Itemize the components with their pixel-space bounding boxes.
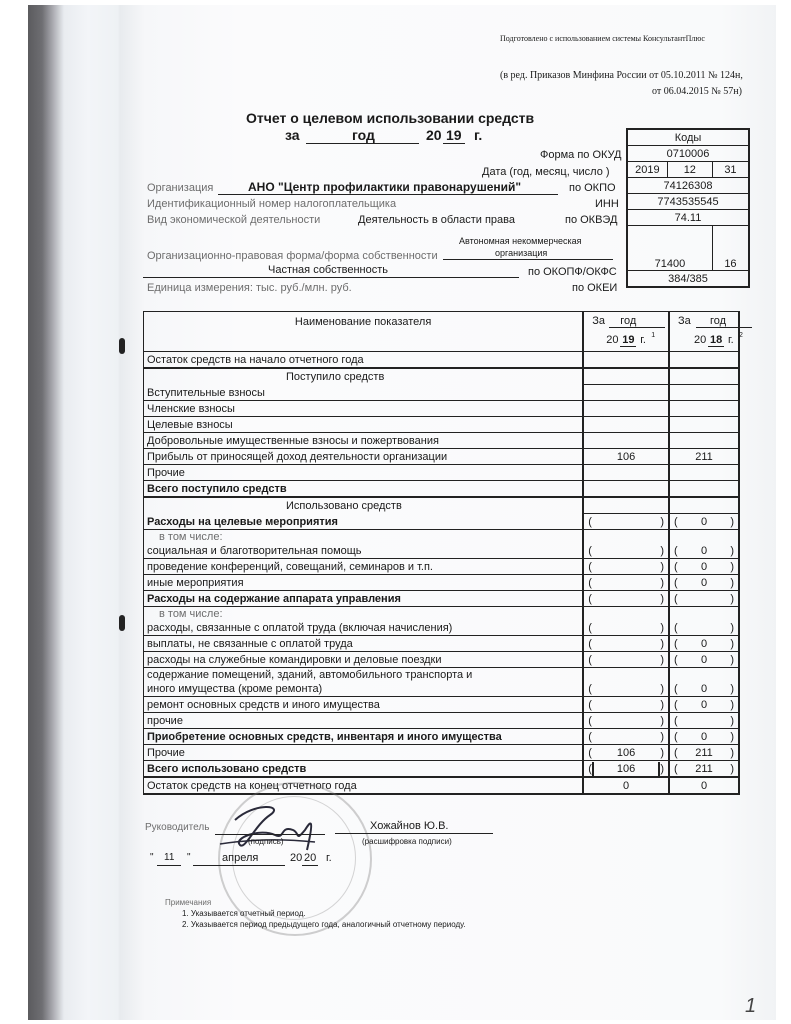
table-row: Членские взносы — [144, 401, 740, 417]
date-open-quote: " — [150, 852, 154, 863]
table-row: Поступило средств — [144, 368, 740, 385]
ownership-value: Частная собственность — [268, 264, 388, 276]
table-row: проведение конференций, совещаний, семин… — [144, 559, 740, 575]
prepared-note: Подготовлено с использованием системы Ко… — [500, 34, 705, 43]
previous-year-value — [669, 417, 739, 433]
row-label: иные мероприятия — [144, 575, 584, 591]
activity-value: Деятельность в области права — [358, 214, 515, 226]
code-date-year: 2019 — [627, 162, 667, 178]
title-year: 19 — [446, 127, 462, 143]
code-okfs: 16 — [712, 226, 749, 271]
sign-year: 20 — [304, 852, 316, 864]
current-year-value: () — [583, 591, 669, 607]
signature-scribble — [215, 800, 325, 860]
legal-form-value-1: Автономная некоммерческая — [459, 236, 582, 246]
period-underline — [306, 143, 419, 144]
current-year-value: () — [583, 652, 669, 668]
previous-year-value: () — [669, 607, 739, 636]
table-row: Вступительные взносы — [144, 385, 740, 401]
table-row: Приобретение основных средств, инвентаря… — [144, 729, 740, 745]
row-label: Прибыль от приносящей доход деятельности… — [144, 449, 584, 465]
current-year-value — [583, 352, 669, 369]
row-label: Поступило средств — [144, 368, 584, 385]
previous-year-value — [669, 465, 739, 481]
previous-year-value: ()0 — [669, 575, 739, 591]
row-label: содержание помещений, зданий, автомобиль… — [144, 668, 584, 697]
okved-label: по ОКВЭД — [565, 214, 617, 226]
code-date-month: 12 — [667, 162, 712, 178]
previous-year-value: ()211 — [669, 761, 739, 778]
previous-year-value — [669, 481, 739, 498]
inn-label-left: Идентификационный номер налогоплательщик… — [147, 198, 396, 210]
table-header-row: Наименование показателя За год 20 19 г. … — [144, 312, 740, 352]
previous-year-value: () — [669, 591, 739, 607]
previous-year-value: ()211 — [669, 745, 739, 761]
col-current-header: За год 20 19 г. 1 — [583, 312, 669, 352]
row-label: ремонт основных средств и иного имуществ… — [144, 697, 584, 713]
edition-line-2: от 06.04.2015 № 57н) — [652, 86, 742, 97]
previous-year-value: () — [669, 713, 739, 729]
current-year-value — [583, 368, 669, 385]
previous-year-value — [669, 401, 739, 417]
table-row: прочие()() — [144, 713, 740, 729]
current-year-value: () — [583, 729, 669, 745]
previous-year-value — [669, 352, 739, 369]
table-row: Прочие — [144, 465, 740, 481]
row-label: прочие — [144, 713, 584, 729]
row-label: Вступительные взносы — [144, 385, 584, 401]
date-close-quote: " — [187, 852, 191, 863]
code-date-day: 31 — [712, 162, 749, 178]
current-year-value: () — [583, 668, 669, 697]
note-1: 1. Указывается отчетный период. — [182, 909, 306, 918]
current-year-value: ()106 — [583, 761, 669, 778]
legal-form-label: Организационно-правовая форма/форма собс… — [147, 250, 438, 262]
current-year-value: () — [583, 575, 669, 591]
row-label: Членские взносы — [144, 401, 584, 417]
table-row: Целевые взносы — [144, 417, 740, 433]
col-previous-header: За год 20 18 г. 2 — [669, 312, 739, 352]
binding-hole — [119, 615, 125, 631]
sign-day-line — [157, 865, 181, 866]
code-okei: 384/385 — [627, 271, 749, 288]
table-row: Остаток средств на конец отчетного года0… — [144, 777, 740, 794]
row-label: Прочие — [144, 745, 584, 761]
row-label: Расходы на содержание аппарата управлени… — [144, 591, 584, 607]
table-row: иные мероприятия()()0 — [144, 575, 740, 591]
current-year-value: () — [583, 697, 669, 713]
signer-name-line — [335, 833, 493, 834]
current-year-value: 106 — [583, 449, 669, 465]
current-year-value: () — [583, 713, 669, 729]
inn-label: ИНН — [595, 198, 619, 210]
previous-year-value — [669, 497, 739, 514]
activity-label: Вид экономической деятельности — [147, 214, 320, 226]
current-year-value — [583, 385, 669, 401]
table-row: Использовано средств — [144, 497, 740, 514]
current-year-value: ()106 — [583, 745, 669, 761]
okud-label: Форма по ОКУД — [540, 149, 622, 161]
table-row: ремонт основных средств и иного имуществ… — [144, 697, 740, 713]
row-label: расходы на служебные командировки и дело… — [144, 652, 584, 668]
previous-year-value: ()0 — [669, 668, 739, 697]
current-year-value: () — [583, 607, 669, 636]
row-label: Всего использовано средств — [144, 761, 584, 778]
note-2: 2. Указывается период предыдущего года, … — [182, 920, 466, 929]
title-za: за — [285, 127, 300, 143]
title-year-prefix: 20 — [426, 127, 442, 143]
previous-year-value: ()0 — [669, 697, 739, 713]
row-label: Расходы на целевые мероприятия — [144, 514, 584, 530]
book-binding — [28, 5, 124, 1020]
table-row: содержание помещений, зданий, автомобиль… — [144, 668, 740, 697]
previous-year-value: ()0 — [669, 729, 739, 745]
code-okud: 0710006 — [627, 146, 749, 162]
row-label: Приобретение основных средств, инвентаря… — [144, 729, 584, 745]
row-label: Целевые взносы — [144, 417, 584, 433]
okpo-label: по ОКПО — [569, 182, 616, 194]
sign-year-prefix: 20 — [290, 852, 302, 864]
table-row: Всего использовано средств()106()211 — [144, 761, 740, 778]
code-okpo: 74126308 — [627, 178, 749, 194]
signer-name-caption: (расшифровка подписи) — [362, 837, 452, 846]
signature-caption: (подпись) — [248, 837, 284, 846]
previous-year-value: ()0 — [669, 530, 739, 559]
current-year-value — [583, 497, 669, 514]
ownership-underline — [143, 277, 519, 278]
col-name-header: Наименование показателя — [144, 312, 584, 352]
previous-year-value — [669, 368, 739, 385]
current-year-value: () — [583, 559, 669, 575]
row-label: Использовано средств — [144, 497, 584, 514]
previous-year-value: ()0 — [669, 559, 739, 575]
row-label: проведение конференций, совещаний, семин… — [144, 559, 584, 575]
org-underline — [218, 194, 558, 195]
previous-year-value: ()0 — [669, 652, 739, 668]
notes-title: Примечания — [165, 898, 211, 907]
table-row: Всего поступило средств — [144, 481, 740, 498]
code-inn: 7743535545 — [627, 194, 749, 210]
previous-year-value: 0 — [669, 777, 739, 794]
sign-g: г. — [326, 852, 332, 864]
title-g: г. — [474, 127, 482, 143]
table-row: Прочие()106()211 — [144, 745, 740, 761]
current-year-value — [583, 481, 669, 498]
previous-year-value — [669, 385, 739, 401]
current-year-value — [583, 465, 669, 481]
edition-line-1: (в ред. Приказов Минфина России от 05.10… — [500, 70, 743, 81]
row-label: выплаты, не связанные с оплатой труда — [144, 636, 584, 652]
table-row: Расходы на целевые мероприятия()()0 — [144, 514, 740, 530]
table-row: в том числе:расходы, связанные с оплатой… — [144, 607, 740, 636]
code-okopf: 71400 — [627, 226, 712, 271]
funds-usage-table: Наименование показателя За год 20 19 г. … — [143, 311, 740, 795]
page-number-mark: 1 — [745, 995, 756, 1018]
current-year-value: () — [583, 514, 669, 530]
sign-day: 11 — [164, 852, 174, 863]
table-row: Расходы на содержание аппарата управлени… — [144, 591, 740, 607]
row-label: Прочие — [144, 465, 584, 481]
okei-label: по ОКЕИ — [572, 282, 617, 294]
table-row: в том числе:социальная и благотворительн… — [144, 530, 740, 559]
current-year-value — [583, 401, 669, 417]
table-row: выплаты, не связанные с оплатой труда()(… — [144, 636, 740, 652]
head-label: Руководитель — [145, 822, 209, 833]
code-okved: 74.11 — [627, 210, 749, 226]
org-label: Организация — [147, 182, 213, 194]
row-label: Остаток средств на конец отчетного года — [144, 777, 584, 794]
previous-year-value — [669, 433, 739, 449]
row-label: в том числе:социальная и благотворительн… — [144, 530, 584, 559]
codes-table: Коды 0710006 2019 12 31 74126308 7743535… — [626, 128, 750, 288]
legal-form-value-2: организация — [495, 248, 547, 258]
previous-year-value: ()0 — [669, 636, 739, 652]
current-year-value — [583, 433, 669, 449]
unit-label: Единица измерения: тыс. руб./млн. руб. — [147, 282, 352, 294]
current-year-value: () — [583, 636, 669, 652]
signer-name: Хожайнов Ю.В. — [370, 820, 448, 832]
table-row: расходы на служебные командировки и дело… — [144, 652, 740, 668]
binding-hole — [119, 338, 125, 354]
sign-month-line — [193, 865, 285, 866]
org-name: АНО "Центр профилактики правонарушений" — [248, 180, 521, 194]
title-period: год — [352, 127, 375, 143]
sign-year-line — [302, 865, 318, 866]
sign-month: апреля — [222, 852, 258, 864]
signature-line — [215, 834, 325, 835]
table-row: Добровольные имущественные взносы и поже… — [144, 433, 740, 449]
table-row: Остаток средств на начало отчетного года — [144, 352, 740, 369]
row-label: Остаток средств на начало отчетного года — [144, 352, 584, 369]
row-label: Добровольные имущественные взносы и поже… — [144, 433, 584, 449]
year-underline — [443, 143, 465, 144]
row-label: в том числе:расходы, связанные с оплатой… — [144, 607, 584, 636]
legal-form-underline — [443, 259, 613, 260]
table-row: Прибыль от приносящей доход деятельности… — [144, 449, 740, 465]
previous-year-value: ()0 — [669, 514, 739, 530]
current-year-value — [583, 417, 669, 433]
current-year-value: 0 — [583, 777, 669, 794]
row-label: Всего поступило средств — [144, 481, 584, 498]
current-year-value: () — [583, 530, 669, 559]
report-title: Отчет о целевом использовании средств — [246, 110, 534, 126]
previous-year-value: 211 — [669, 449, 739, 465]
okopf-label: по ОКОПФ/ОКФС — [528, 266, 617, 278]
codes-header: Коды — [627, 129, 749, 146]
date-label: Дата (год, месяц, число ) — [482, 166, 610, 178]
